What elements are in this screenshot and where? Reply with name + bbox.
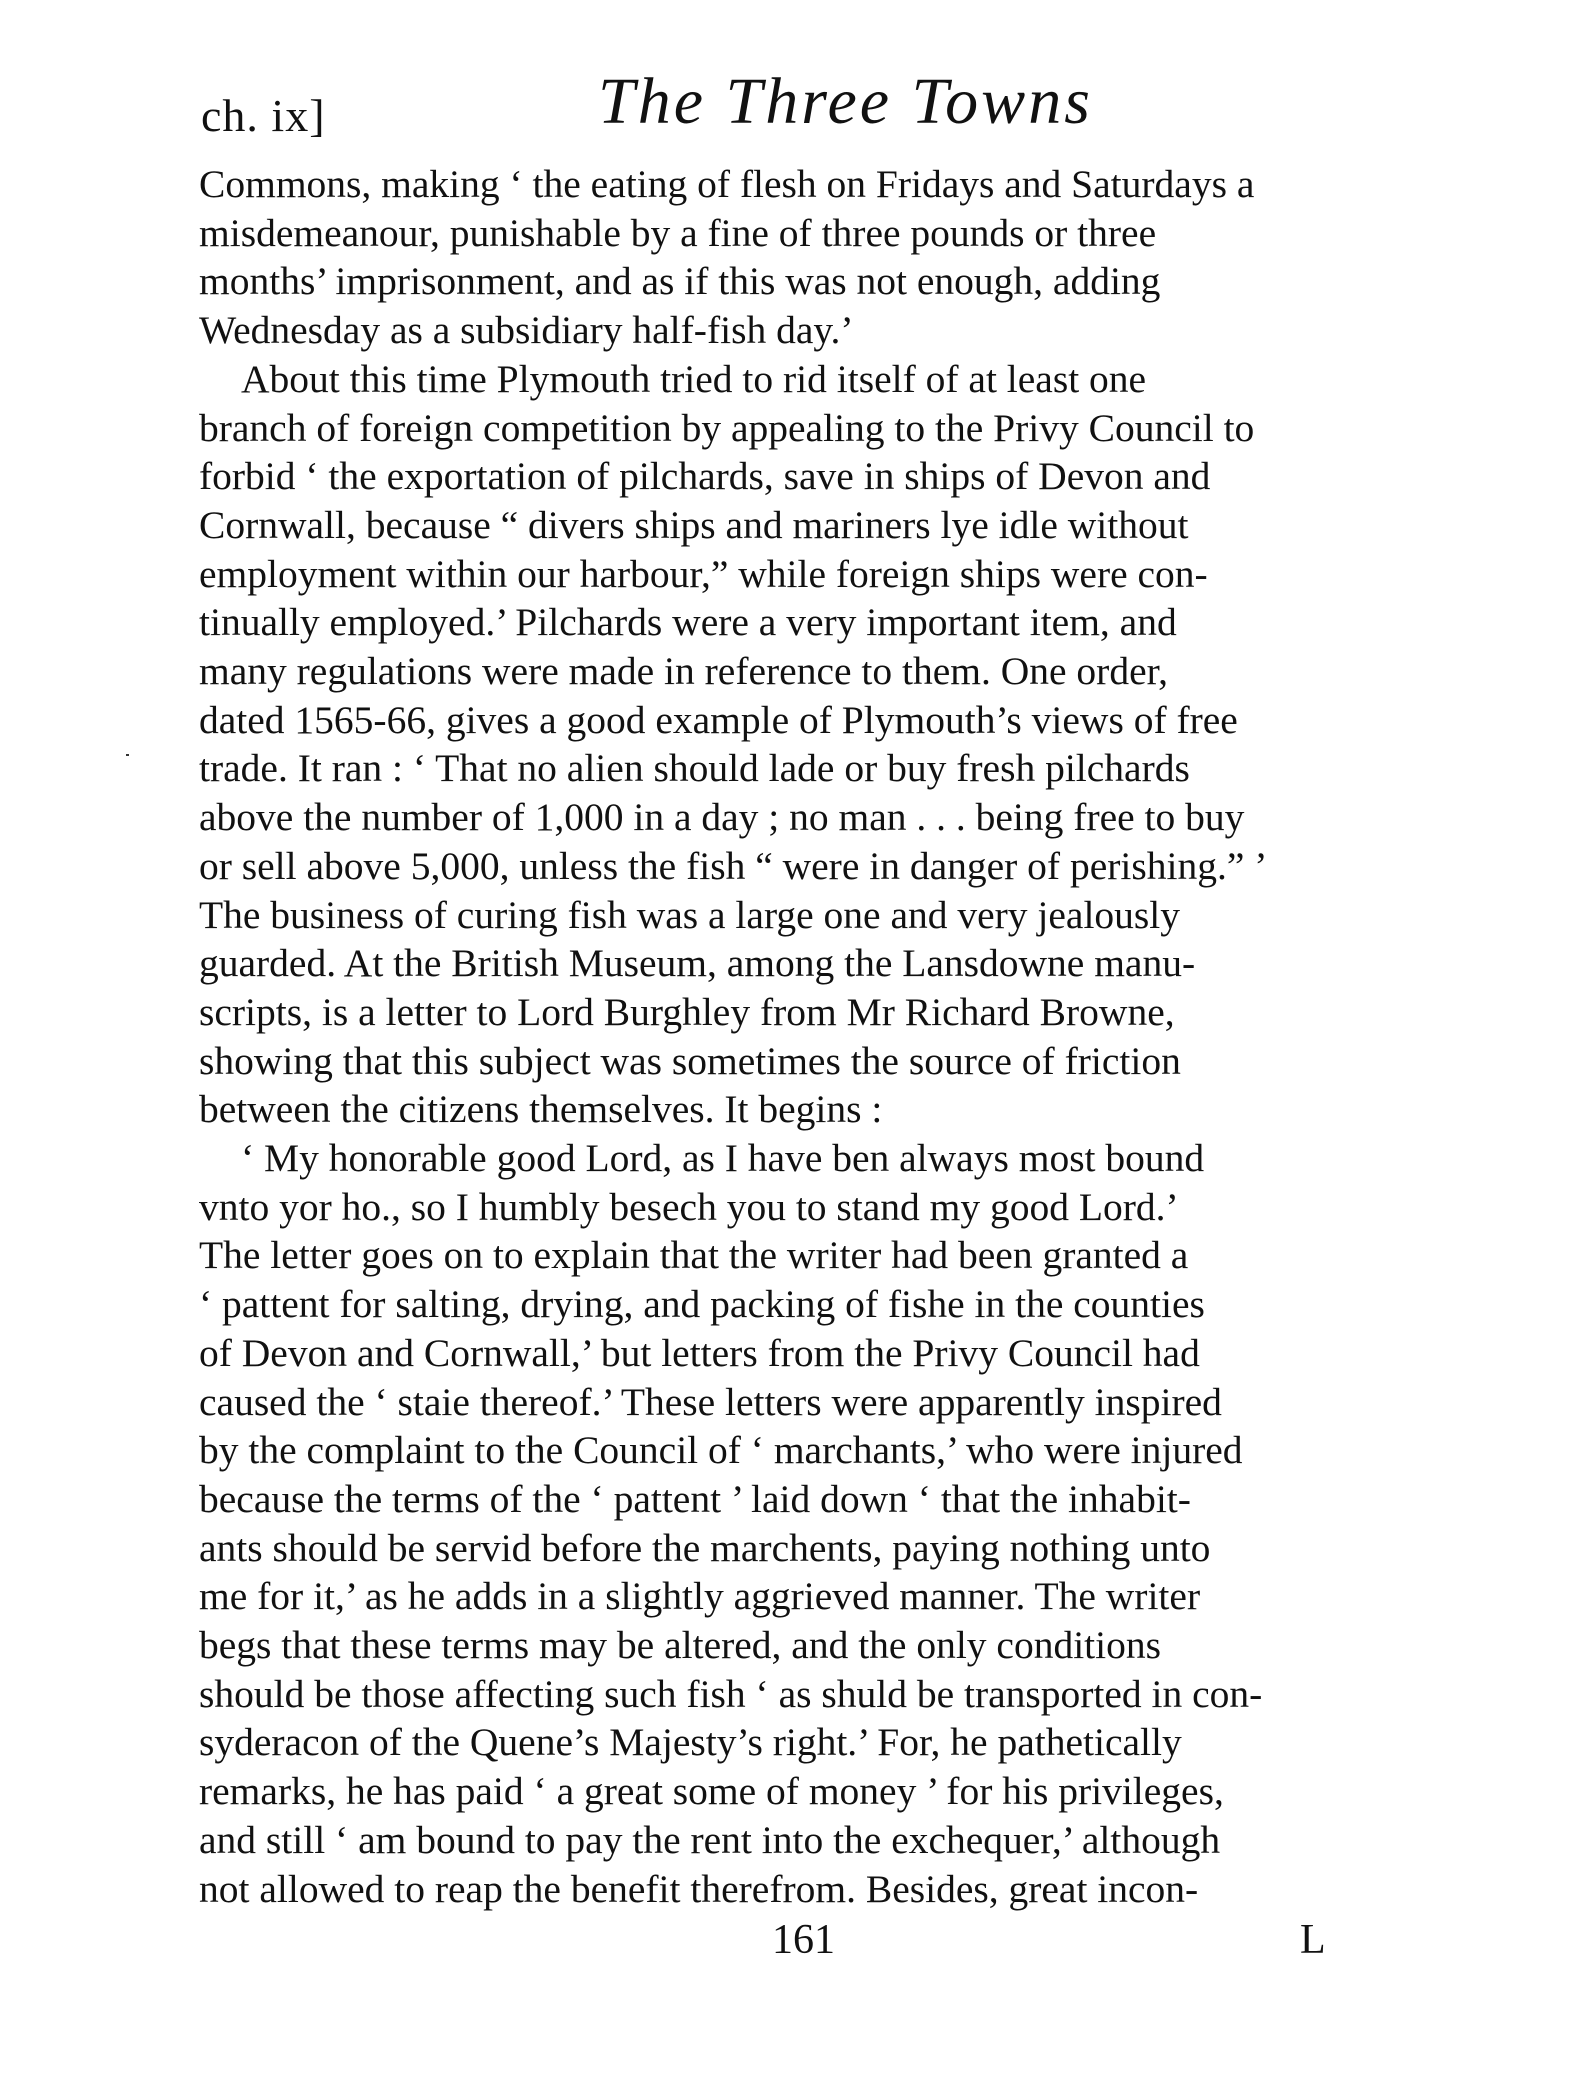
text-line: The letter goes on to explain that the w… <box>199 1231 1455 1279</box>
page-number: 161 <box>772 1912 835 1968</box>
text-line: forbid ‘ the exportation of pilchards, s… <box>199 452 1455 500</box>
margin-speck <box>126 754 129 756</box>
text-line: scripts, is a letter to Lord Burghley fr… <box>199 988 1455 1036</box>
text-line: Commons, making ‘ the eating of flesh on… <box>199 160 1455 208</box>
text-line: syderacon of the Quene’s Majesty’s right… <box>199 1718 1455 1766</box>
text-line: or sell above 5,000, unless the fish “ w… <box>199 842 1455 890</box>
text-line: begs that these terms may be altered, an… <box>199 1621 1455 1669</box>
text-line: trade. It ran : ‘ That no alien should l… <box>199 744 1455 792</box>
text-line: above the number of 1,000 in a day ; no … <box>199 793 1455 841</box>
text-line: should be those affecting such fish ‘ as… <box>199 1670 1455 1718</box>
text-line: misdemeanour, punishable by a fine of th… <box>199 209 1455 257</box>
signature-mark: L <box>1300 1912 1326 1968</box>
text-line: guarded. At the British Museum, among th… <box>199 939 1455 987</box>
text-line: ‘ pattent for salting, drying, and packi… <box>199 1280 1455 1328</box>
running-head-title: The Three Towns <box>598 62 1068 142</box>
text-line: employment within our harbour,” while fo… <box>199 550 1455 598</box>
text-line: vnto yor ho., so I humbly besech you to … <box>199 1183 1455 1231</box>
text-line: Wednesday as a subsidiary half-fish day.… <box>199 306 1455 354</box>
book-page: ch. ix] The Three Towns Commons, making … <box>0 0 1579 2073</box>
text-line: me for it,’ as he adds in a slightly agg… <box>199 1572 1455 1620</box>
text-line: remarks, he has paid ‘ a great some of m… <box>199 1767 1455 1815</box>
text-line: and still ‘ am bound to pay the rent int… <box>199 1816 1455 1864</box>
text-line: About this time Plymouth tried to rid it… <box>199 355 1455 403</box>
text-line: of Devon and Cornwall,’ but letters from… <box>199 1329 1455 1377</box>
text-line: branch of foreign competition by appeali… <box>199 404 1455 452</box>
text-line: by the complaint to the Council of ‘ mar… <box>199 1426 1455 1474</box>
text-line: The business of curing fish was a large … <box>199 891 1455 939</box>
text-line: many regulations were made in reference … <box>199 647 1455 695</box>
text-line: caused the ‘ staie thereof.’ These lette… <box>199 1378 1455 1426</box>
running-head-chapter: ch. ix] <box>201 88 326 144</box>
text-line: dated 1565-66, gives a good example of P… <box>199 696 1455 744</box>
text-line: showing that this subject was sometimes … <box>199 1037 1455 1085</box>
text-line: months’ imprisonment, and as if this was… <box>199 257 1455 305</box>
text-line: ants should be servid before the marchen… <box>199 1524 1455 1572</box>
text-line: because the terms of the ‘ pattent ’ lai… <box>199 1475 1455 1523</box>
text-line: tinually employed.’ Pilchards were a ver… <box>199 598 1455 646</box>
text-line: ‘ My honorable good Lord, as I have ben … <box>199 1134 1455 1182</box>
text-line: between the citizens themselves. It begi… <box>199 1085 1455 1133</box>
text-line: not allowed to reap the benefit therefro… <box>199 1865 1455 1913</box>
text-line: Cornwall, because “ divers ships and mar… <box>199 501 1455 549</box>
